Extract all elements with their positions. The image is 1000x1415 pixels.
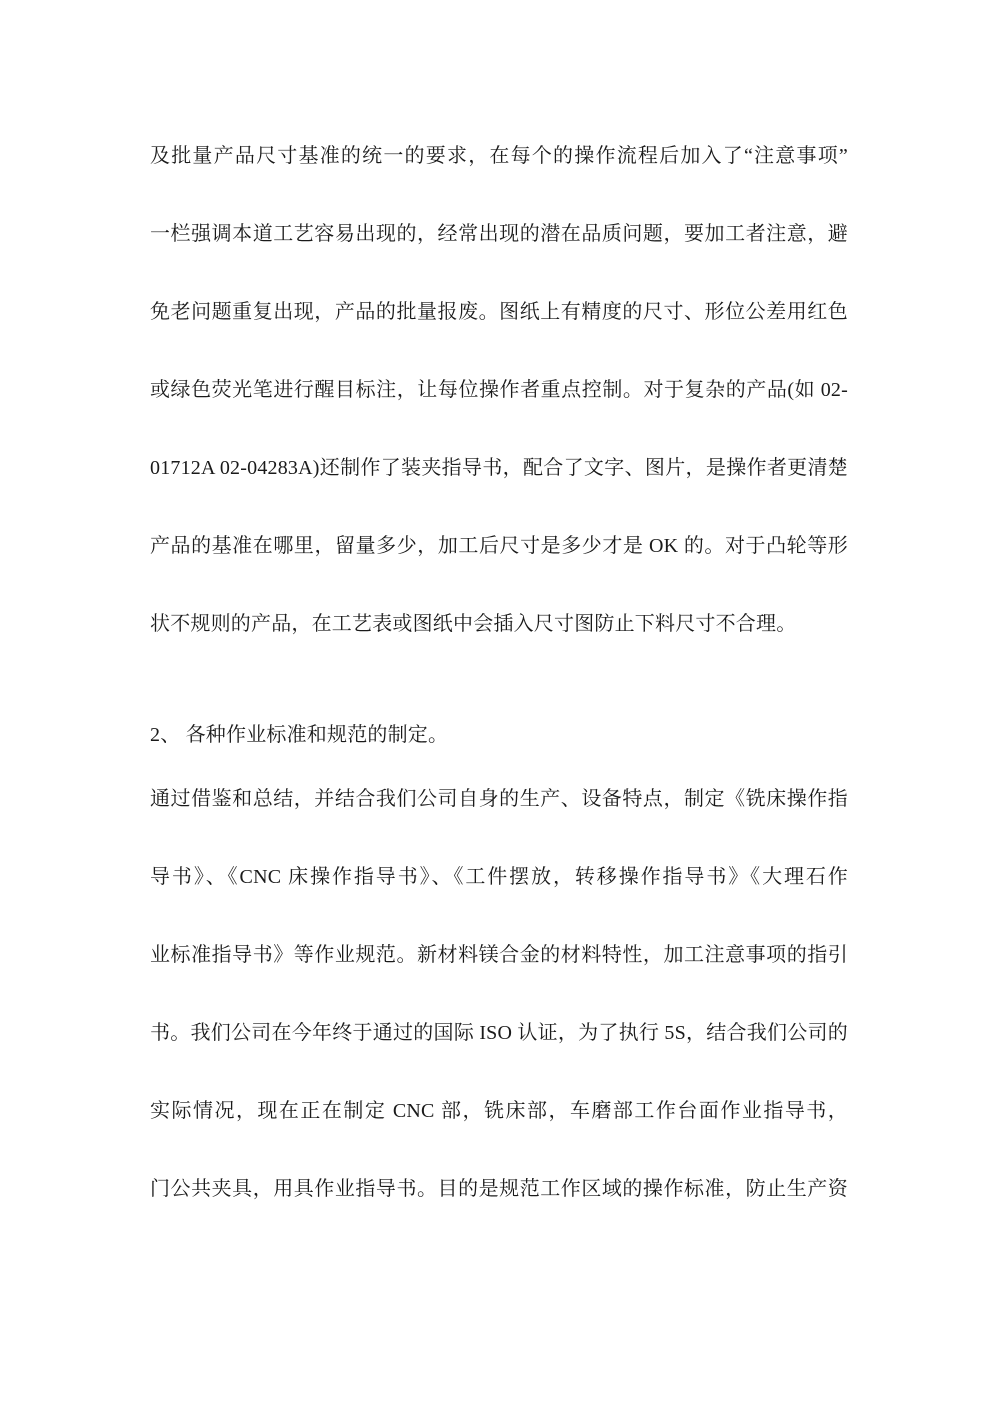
document-page: 及批量产品尺寸基准的统一的要求，在每个的操作流程后加入了“注意事项” 一栏强调本…	[0, 0, 1000, 1415]
text-line: 01712A 02-04283A)还制作了装夹指导书，配合了文字、图片，是操作者…	[150, 429, 848, 507]
text-line: 产品的基准在哪里，留量多少，加工后尺寸是多少才是 OK 的。对于凸轮等形	[150, 507, 848, 585]
section-heading: 2、 各种作业标准和规范的制定。	[150, 710, 848, 760]
text-line: 或绿色荧光笔进行醒目标注，让每位操作者重点控制。对于复杂的产品(如 02-	[150, 351, 848, 429]
text-line: 业标准指导书》等作业规范。新材料镁合金的材料特性，加工注意事项的指引	[150, 916, 848, 994]
paragraph-2: 通过借鉴和总结，并结合我们公司自身的生产、设备特点，制定《铣床操作指 导书》、《…	[150, 760, 848, 1228]
text-line: 导书》、《CNC 床操作指导书》、《工件摆放，转移操作指导书》《大理石作	[150, 838, 848, 916]
text-line: 书。我们公司在今年终于通过的国际 ISO 认证，为了执行 5S，结合我们公司的	[150, 994, 848, 1072]
text-line: 及批量产品尺寸基准的统一的要求，在每个的操作流程后加入了“注意事项”	[150, 117, 848, 195]
text-line: 状不规则的产品，在工艺表或图纸中会插入尺寸图防止下料尺寸不合理。	[150, 585, 848, 663]
text-line: 一栏强调本道工艺容易出现的，经常出现的潜在品质问题，要加工者注意，避	[150, 195, 848, 273]
text-line: 实际情况，现在正在制定 CNC 部，铣床部，车磨部工作台面作业指导书，各部	[150, 1072, 848, 1150]
paragraph-1: 及批量产品尺寸基准的统一的要求，在每个的操作流程后加入了“注意事项” 一栏强调本…	[150, 117, 848, 663]
text-line: 通过借鉴和总结，并结合我们公司自身的生产、设备特点，制定《铣床操作指	[150, 760, 848, 838]
text-line: 门公共夹具，用具作业指导书。目的是规范工作区域的操作标准，防止生产资	[150, 1150, 848, 1228]
text-line: 免老问题重复出现，产品的批量报废。图纸上有精度的尺寸、形位公差用红色	[150, 273, 848, 351]
